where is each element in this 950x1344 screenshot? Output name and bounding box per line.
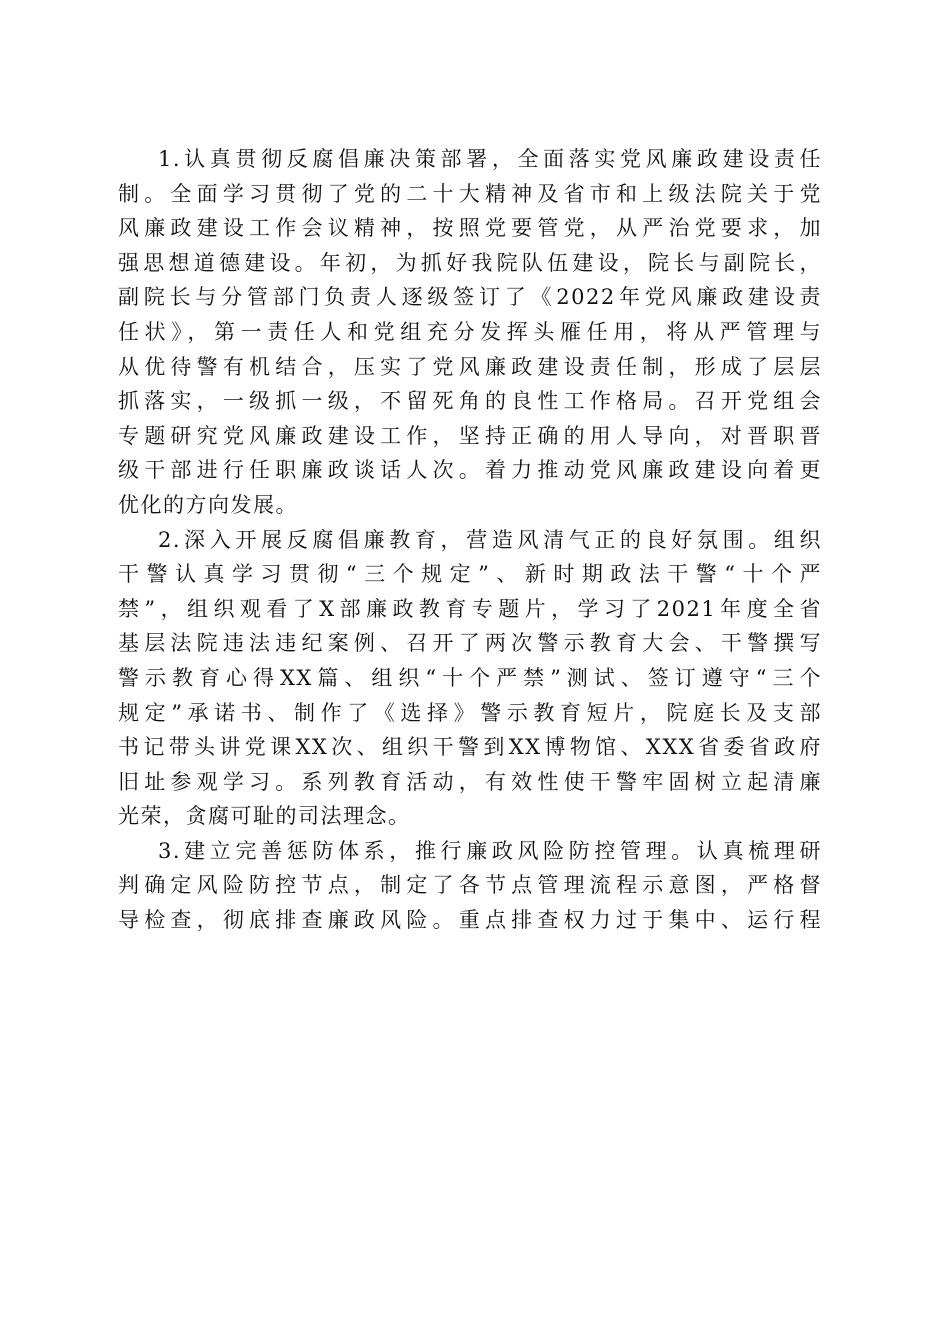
text-line: 副院长与分管部门负责人逐级签订了《2022年党风廉政建设责 xyxy=(118,280,822,315)
document-page: 1.认真贯彻反腐倡廉决策部署，全面落实党风廉政建设责任 制。全面学习贯彻了党的二… xyxy=(118,142,822,938)
text-line: 强思想道德建设。年初，为抓好我院队伍建设，院长与副院长， xyxy=(118,246,822,281)
text-line: 抓落实，一级抓一级，不留死角的良性工作格局。召开党组会 xyxy=(118,384,822,419)
text-line: 任状》，第一责任人和党组充分发挥头雁任用，将从严管理与 xyxy=(118,315,822,350)
paragraph-3: 3.建立完善惩防体系，推行廉政风险防控管理。认真梳理研 判确定风险防控节点，制定… xyxy=(118,834,822,938)
text-line: 基层法院违法违纪案例、召开了两次警示教育大会、干警撰写 xyxy=(118,626,822,661)
text-line: 导检查，彻底排查廉政风险。重点排查权力过于集中、运行程 xyxy=(118,903,822,938)
text-line: 从优待警有机结合，压实了党风廉政建设责任制，形成了层层 xyxy=(118,350,822,385)
text-line: 旧址参观学习。系列教育活动，有效性使干警牢固树立起清廉 xyxy=(118,765,822,800)
text-line: 警示教育心得XX篇、组织“十个严禁”测试、签订遵守“三个 xyxy=(118,661,822,696)
text-line: 书记带头讲党课XX次、组织干警到XX博物馆、XXX省委省政府 xyxy=(118,730,822,765)
text-line: 判确定风险防控节点，制定了各节点管理流程示意图，严格督 xyxy=(118,868,822,903)
paragraph-1: 1.认真贯彻反腐倡廉决策部署，全面落实党风廉政建设责任 制。全面学习贯彻了党的二… xyxy=(118,142,822,523)
text-line: 级干部进行任职廉政谈话人次。着力推动党风廉政建设向着更 xyxy=(118,453,822,488)
text-line: 3.建立完善惩防体系，推行廉政风险防控管理。认真梳理研 xyxy=(118,834,822,869)
text-line: 规定”承诺书、制作了《选择》警示教育短片，院庭长及支部 xyxy=(118,696,822,731)
text-line: 禁”，组织观看了X部廉政教育专题片，学习了2021年度全省 xyxy=(118,592,822,627)
text-line: 风廉政建设工作会议精神，按照党要管党，从严治党要求，加 xyxy=(118,211,822,246)
paragraph-2: 2.深入开展反腐倡廉教育，营造风清气正的良好氛围。组织 干警认真学习贯彻“三个规… xyxy=(118,523,822,834)
text-line: 2.深入开展反腐倡廉教育，营造风清气正的良好氛围。组织 xyxy=(118,523,822,558)
text-line: 干警认真学习贯彻“三个规定”、新时期政法干警“十个严 xyxy=(118,557,822,592)
text-line: 1.认真贯彻反腐倡廉决策部署，全面落实党风廉政建设责任 xyxy=(118,142,822,177)
text-line: 优化的方向发展。 xyxy=(118,488,822,523)
text-line: 专题研究党风廉政建设工作，坚持正确的用人导向，对晋职晋 xyxy=(118,419,822,454)
text-line: 制。全面学习贯彻了党的二十大精神及省市和上级法院关于党 xyxy=(118,177,822,212)
text-line: 光荣，贪腐可耻的司法理念。 xyxy=(118,799,822,834)
